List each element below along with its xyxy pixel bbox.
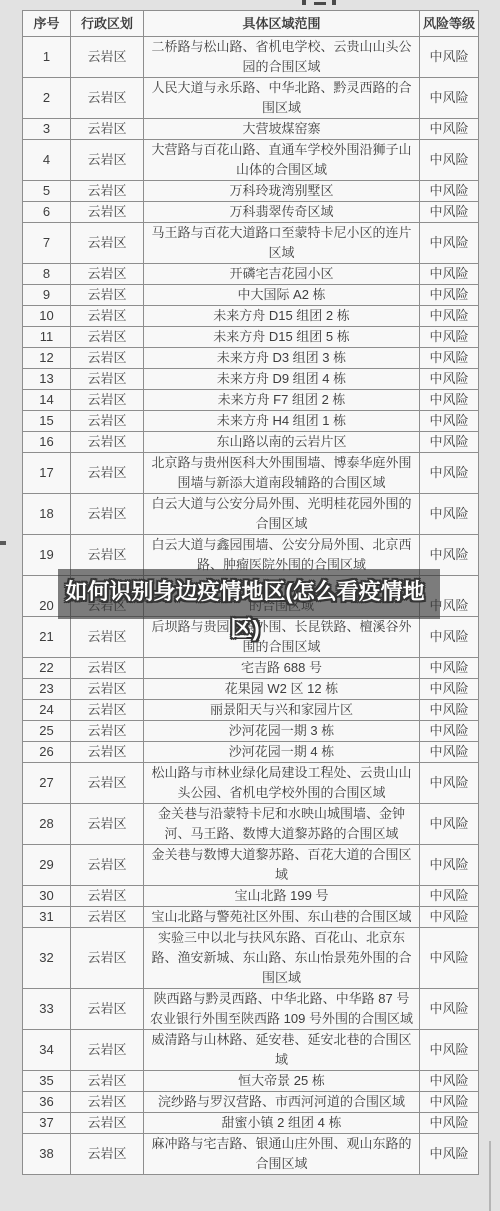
table-row: 32云岩区实验三中以北与扶风东路、百花山、北京东路、渔安新城、东山路、东山怡景苑… bbox=[23, 928, 479, 989]
table-row: 30云岩区宝山北路 199 号中风险 bbox=[23, 886, 479, 907]
risk-level-cell: 中风险 bbox=[420, 763, 479, 804]
risk-level-cell: 中风险 bbox=[420, 223, 479, 264]
region-cell: 万科玲珑湾别墅区 bbox=[144, 181, 420, 202]
row-number-cell: 17 bbox=[23, 453, 71, 494]
risk-level-cell: 中风险 bbox=[420, 37, 479, 78]
district-cell: 云岩区 bbox=[71, 348, 144, 369]
region-cell: 未来方舟 F7 组团 2 栋 bbox=[144, 390, 420, 411]
risk-level-cell: 中风险 bbox=[420, 181, 479, 202]
region-cell: 宝山北路与警苑社区外围、东山巷的合围区域 bbox=[144, 907, 420, 928]
table-row: 35云岩区恒大帝景 25 栋中风险 bbox=[23, 1071, 479, 1092]
table-row: 11云岩区未来方舟 D15 组团 5 栋中风险 bbox=[23, 327, 479, 348]
district-cell: 云岩区 bbox=[71, 411, 144, 432]
risk-level-cell: 中风险 bbox=[420, 494, 479, 535]
table-row: 5云岩区万科玲珑湾别墅区中风险 bbox=[23, 181, 479, 202]
table-row: 2云岩区人民大道与永乐路、中华北路、黔灵西路的合围区域中风险 bbox=[23, 78, 479, 119]
region-cell: 沙河花园一期 3 栋 bbox=[144, 721, 420, 742]
district-cell: 云岩区 bbox=[71, 700, 144, 721]
region-cell: 未来方舟 H4 组团 1 栋 bbox=[144, 411, 420, 432]
region-cell: 未来方舟 D3 组团 3 栋 bbox=[144, 348, 420, 369]
row-number-cell: 8 bbox=[23, 264, 71, 285]
region-cell: 大营路与百花山路、直通车学校外围沿狮子山山体的合围区域 bbox=[144, 140, 420, 181]
table-row: 7云岩区马王路与百花大道路口至蒙特卡尼小区的连片区域中风险 bbox=[23, 223, 479, 264]
table-row: 12云岩区未来方舟 D3 组团 3 栋中风险 bbox=[23, 348, 479, 369]
region-cell: 马王路与百花大道路口至蒙特卡尼小区的连片区域 bbox=[144, 223, 420, 264]
district-cell: 云岩区 bbox=[71, 658, 144, 679]
table-row: 38云岩区麻冲路与宅吉路、银通山庄外围、观山东路的合围区域中风险 bbox=[23, 1134, 479, 1175]
row-number-cell: 14 bbox=[23, 390, 71, 411]
region-cell: 威清路与山林路、延安巷、延安北巷的合围区域 bbox=[144, 1030, 420, 1071]
fragment-mark bbox=[302, 0, 306, 5]
district-cell: 云岩区 bbox=[71, 763, 144, 804]
region-cell: 未来方舟 D15 组团 5 栋 bbox=[144, 327, 420, 348]
row-number-cell: 12 bbox=[23, 348, 71, 369]
row-number-cell: 11 bbox=[23, 327, 71, 348]
row-number-cell: 24 bbox=[23, 700, 71, 721]
risk-level-cell: 中风险 bbox=[420, 742, 479, 763]
table-row: 26云岩区沙河花园一期 4 栋中风险 bbox=[23, 742, 479, 763]
fragment-mark bbox=[332, 0, 336, 5]
region-cell: 陕西路与黔灵西路、中华北路、中华路 87 号农业银行外围至陕西路 109 号外围… bbox=[144, 989, 420, 1030]
table-row: 23云岩区花果园 W2 区 12 栋中风险 bbox=[23, 679, 479, 700]
district-cell: 云岩区 bbox=[71, 845, 144, 886]
risk-level-cell: 中风险 bbox=[420, 306, 479, 327]
district-cell: 云岩区 bbox=[71, 1030, 144, 1071]
row-number-cell: 9 bbox=[23, 285, 71, 306]
risk-level-cell: 中风险 bbox=[420, 119, 479, 140]
row-number-cell: 13 bbox=[23, 369, 71, 390]
district-cell: 云岩区 bbox=[71, 285, 144, 306]
table-row: 36云岩区浣纱路与罗汉营路、市西河河道的合围区域中风险 bbox=[23, 1092, 479, 1113]
district-cell: 云岩区 bbox=[71, 140, 144, 181]
risk-level-cell: 中风险 bbox=[420, 432, 479, 453]
district-cell: 云岩区 bbox=[71, 306, 144, 327]
table-row: 10云岩区未来方舟 D15 组团 2 栋中风险 bbox=[23, 306, 479, 327]
row-number-cell: 37 bbox=[23, 1113, 71, 1134]
row-number-cell: 10 bbox=[23, 306, 71, 327]
table-row: 15云岩区未来方舟 H4 组团 1 栋中风险 bbox=[23, 411, 479, 432]
risk-level-cell: 中风险 bbox=[420, 721, 479, 742]
district-cell: 云岩区 bbox=[71, 1113, 144, 1134]
table-row: 22云岩区宅吉路 688 号中风险 bbox=[23, 658, 479, 679]
risk-level-cell: 中风险 bbox=[420, 658, 479, 679]
district-cell: 云岩区 bbox=[71, 494, 144, 535]
risk-level-cell: 中风险 bbox=[420, 369, 479, 390]
district-cell: 云岩区 bbox=[71, 907, 144, 928]
risk-level-cell: 中风险 bbox=[420, 348, 479, 369]
risk-level-cell: 中风险 bbox=[420, 140, 479, 181]
district-cell: 云岩区 bbox=[71, 886, 144, 907]
district-cell: 云岩区 bbox=[71, 432, 144, 453]
row-number-cell: 30 bbox=[23, 886, 71, 907]
risk-level-cell: 中风险 bbox=[420, 264, 479, 285]
row-number-cell: 27 bbox=[23, 763, 71, 804]
table-row: 31云岩区宝山北路与警苑社区外围、东山巷的合围区域中风险 bbox=[23, 907, 479, 928]
header-serial-number: 序号 bbox=[23, 11, 71, 37]
table-row: 18云岩区白云大道与公安分局外围、光明桂花园外围的合围区域中风险 bbox=[23, 494, 479, 535]
district-cell: 云岩区 bbox=[71, 742, 144, 763]
risk-level-cell: 中风险 bbox=[420, 453, 479, 494]
table-row: 27云岩区松山路与市林业绿化局建设工程处、云贵山山头公园、省机电学校外围的合围区… bbox=[23, 763, 479, 804]
table-row: 33云岩区陕西路与黔灵西路、中华北路、中华路 87 号农业银行外围至陕西路 10… bbox=[23, 989, 479, 1030]
region-cell: 宅吉路 688 号 bbox=[144, 658, 420, 679]
table-row: 1云岩区二桥路与松山路、省机电学校、云贵山山头公园的合围区域中风险 bbox=[23, 37, 479, 78]
table-row: 3云岩区大营坡煤窑寨中风险 bbox=[23, 119, 479, 140]
region-cell: 中大国际 A2 栋 bbox=[144, 285, 420, 306]
district-cell: 云岩区 bbox=[71, 804, 144, 845]
row-number-cell: 35 bbox=[23, 1071, 71, 1092]
table-row: 17云岩区北京路与贵州医科大外围围墙、博泰华庭外围围墙与新添大道南段辅路的合围区… bbox=[23, 453, 479, 494]
district-cell: 云岩区 bbox=[71, 1071, 144, 1092]
header-risk-level: 风险等级 bbox=[420, 11, 479, 37]
table-header-row: 序号 行政区划 具体区域范围 风险等级 bbox=[23, 11, 479, 37]
row-number-cell: 4 bbox=[23, 140, 71, 181]
row-number-cell: 25 bbox=[23, 721, 71, 742]
fragment-mark bbox=[314, 2, 326, 5]
risk-level-cell: 中风险 bbox=[420, 1030, 479, 1071]
table-row: 16云岩区东山路以南的云岩片区中风险 bbox=[23, 432, 479, 453]
district-cell: 云岩区 bbox=[71, 264, 144, 285]
district-cell: 云岩区 bbox=[71, 223, 144, 264]
region-cell: 丽景阳天与兴和家园片区 bbox=[144, 700, 420, 721]
risk-level-cell: 中风险 bbox=[420, 390, 479, 411]
region-cell: 宝山北路 199 号 bbox=[144, 886, 420, 907]
row-number-cell: 7 bbox=[23, 223, 71, 264]
row-number-cell: 15 bbox=[23, 411, 71, 432]
edge-artifact bbox=[0, 541, 6, 545]
row-number-cell: 6 bbox=[23, 202, 71, 223]
district-cell: 云岩区 bbox=[71, 679, 144, 700]
row-number-cell: 23 bbox=[23, 679, 71, 700]
region-cell: 金关巷与数博大道黎苏路、百花大道的合围区域 bbox=[144, 845, 420, 886]
risk-level-cell: 中风险 bbox=[420, 411, 479, 432]
district-cell: 云岩区 bbox=[71, 453, 144, 494]
risk-level-cell: 中风险 bbox=[420, 1092, 479, 1113]
risk-level-cell: 中风险 bbox=[420, 700, 479, 721]
table-row: 34云岩区威清路与山林路、延安巷、延安北巷的合围区域中风险 bbox=[23, 1030, 479, 1071]
district-cell: 云岩区 bbox=[71, 721, 144, 742]
district-cell: 云岩区 bbox=[71, 369, 144, 390]
row-number-cell: 33 bbox=[23, 989, 71, 1030]
risk-level-cell: 中风险 bbox=[420, 989, 479, 1030]
table-row: 29云岩区金关巷与数博大道黎苏路、百花大道的合围区域中风险 bbox=[23, 845, 479, 886]
district-cell: 云岩区 bbox=[71, 928, 144, 989]
risk-level-cell: 中风险 bbox=[420, 1134, 479, 1175]
district-cell: 云岩区 bbox=[71, 327, 144, 348]
scrollbar-track[interactable] bbox=[489, 1141, 491, 1211]
row-number-cell: 34 bbox=[23, 1030, 71, 1071]
region-cell: 未来方舟 D15 组团 2 栋 bbox=[144, 306, 420, 327]
region-cell: 沙河花园一期 4 栋 bbox=[144, 742, 420, 763]
page: 序号 行政区划 具体区域范围 风险等级 1云岩区二桥路与松山路、省机电学校、云贵… bbox=[0, 0, 500, 1211]
row-number-cell: 31 bbox=[23, 907, 71, 928]
risk-level-cell: 中风险 bbox=[420, 679, 479, 700]
region-cell: 松山路与市林业绿化局建设工程处、云贵山山头公园、省机电学校外围的合围区域 bbox=[144, 763, 420, 804]
region-cell: 人民大道与永乐路、中华北路、黔灵西路的合围区域 bbox=[144, 78, 420, 119]
header-specific-area: 具体区域范围 bbox=[144, 11, 420, 37]
table-row: 37云岩区甜蜜小镇 2 组团 4 栋中风险 bbox=[23, 1113, 479, 1134]
risk-level-cell: 中风险 bbox=[420, 327, 479, 348]
region-cell: 金关巷与沿蒙特卡尼和水映山城围墙、金钟河、马王路、数博大道黎苏路的合围区域 bbox=[144, 804, 420, 845]
region-cell: 恒大帝景 25 栋 bbox=[144, 1071, 420, 1092]
risk-level-cell: 中风险 bbox=[420, 886, 479, 907]
row-number-cell: 36 bbox=[23, 1092, 71, 1113]
region-cell: 万科翡翠传奇区域 bbox=[144, 202, 420, 223]
risk-level-cell: 中风险 bbox=[420, 907, 479, 928]
risk-level-cell: 中风险 bbox=[420, 202, 479, 223]
row-number-cell: 32 bbox=[23, 928, 71, 989]
district-cell: 云岩区 bbox=[71, 390, 144, 411]
row-number-cell: 1 bbox=[23, 37, 71, 78]
region-cell: 开磷宅吉花园小区 bbox=[144, 264, 420, 285]
region-cell: 花果园 W2 区 12 栋 bbox=[144, 679, 420, 700]
risk-level-cell: 中风险 bbox=[420, 1071, 479, 1092]
row-number-cell: 29 bbox=[23, 845, 71, 886]
row-number-cell: 26 bbox=[23, 742, 71, 763]
row-number-cell: 16 bbox=[23, 432, 71, 453]
district-cell: 云岩区 bbox=[71, 202, 144, 223]
risk-level-cell: 中风险 bbox=[420, 1113, 479, 1134]
table-row: 14云岩区未来方舟 F7 组团 2 栋中风险 bbox=[23, 390, 479, 411]
district-cell: 云岩区 bbox=[71, 1092, 144, 1113]
table-row: 13云岩区未来方舟 D9 组团 4 栋中风险 bbox=[23, 369, 479, 390]
region-cell: 麻冲路与宅吉路、银通山庄外围、观山东路的合围区域 bbox=[144, 1134, 420, 1175]
region-cell: 二桥路与松山路、省机电学校、云贵山山头公园的合围区域 bbox=[144, 37, 420, 78]
article-title-overlay: 如何识别身边疫情地区(怎么看疫情地区) bbox=[56, 573, 434, 647]
district-cell: 云岩区 bbox=[71, 989, 144, 1030]
row-number-cell: 38 bbox=[23, 1134, 71, 1175]
risk-level-cell: 中风险 bbox=[420, 845, 479, 886]
row-number-cell: 2 bbox=[23, 78, 71, 119]
district-cell: 云岩区 bbox=[71, 1134, 144, 1175]
risk-level-cell: 中风险 bbox=[420, 928, 479, 989]
table-row: 6云岩区万科翡翠传奇区域中风险 bbox=[23, 202, 479, 223]
table-row: 9云岩区中大国际 A2 栋中风险 bbox=[23, 285, 479, 306]
risk-level-cell: 中风险 bbox=[420, 804, 479, 845]
region-cell: 东山路以南的云岩片区 bbox=[144, 432, 420, 453]
region-cell: 浣纱路与罗汉营路、市西河河道的合围区域 bbox=[144, 1092, 420, 1113]
row-number-cell: 18 bbox=[23, 494, 71, 535]
row-number-cell: 28 bbox=[23, 804, 71, 845]
district-cell: 云岩区 bbox=[71, 119, 144, 140]
region-cell: 白云大道与公安分局外围、光明桂花园外围的合围区域 bbox=[144, 494, 420, 535]
region-cell: 甜蜜小镇 2 组团 4 栋 bbox=[144, 1113, 420, 1134]
row-number-cell: 5 bbox=[23, 181, 71, 202]
row-number-cell: 22 bbox=[23, 658, 71, 679]
table-row: 24云岩区丽景阳天与兴和家园片区中风险 bbox=[23, 700, 479, 721]
header-administrative-division: 行政区划 bbox=[71, 11, 144, 37]
district-cell: 云岩区 bbox=[71, 181, 144, 202]
region-cell: 未来方舟 D9 组团 4 栋 bbox=[144, 369, 420, 390]
table-row: 25云岩区沙河花园一期 3 栋中风险 bbox=[23, 721, 479, 742]
table-row: 4云岩区大营路与百花山路、直通车学校外围沿狮子山山体的合围区域中风险 bbox=[23, 140, 479, 181]
region-cell: 实验三中以北与扶风东路、百花山、北京东路、渔安新城、东山路、东山怡景苑外围的合围… bbox=[144, 928, 420, 989]
region-cell: 大营坡煤窑寨 bbox=[144, 119, 420, 140]
table-row: 8云岩区开磷宅吉花园小区中风险 bbox=[23, 264, 479, 285]
risk-level-cell: 中风险 bbox=[420, 285, 479, 306]
row-number-cell: 3 bbox=[23, 119, 71, 140]
risk-level-cell: 中风险 bbox=[420, 78, 479, 119]
table-row: 28云岩区金关巷与沿蒙特卡尼和水映山城围墙、金钟河、马王路、数博大道黎苏路的合围… bbox=[23, 804, 479, 845]
region-cell: 北京路与贵州医科大外围围墙、博泰华庭外围围墙与新添大道南段辅路的合围区域 bbox=[144, 453, 420, 494]
clipped-text-fragment bbox=[300, 0, 344, 5]
district-cell: 云岩区 bbox=[71, 37, 144, 78]
district-cell: 云岩区 bbox=[71, 78, 144, 119]
